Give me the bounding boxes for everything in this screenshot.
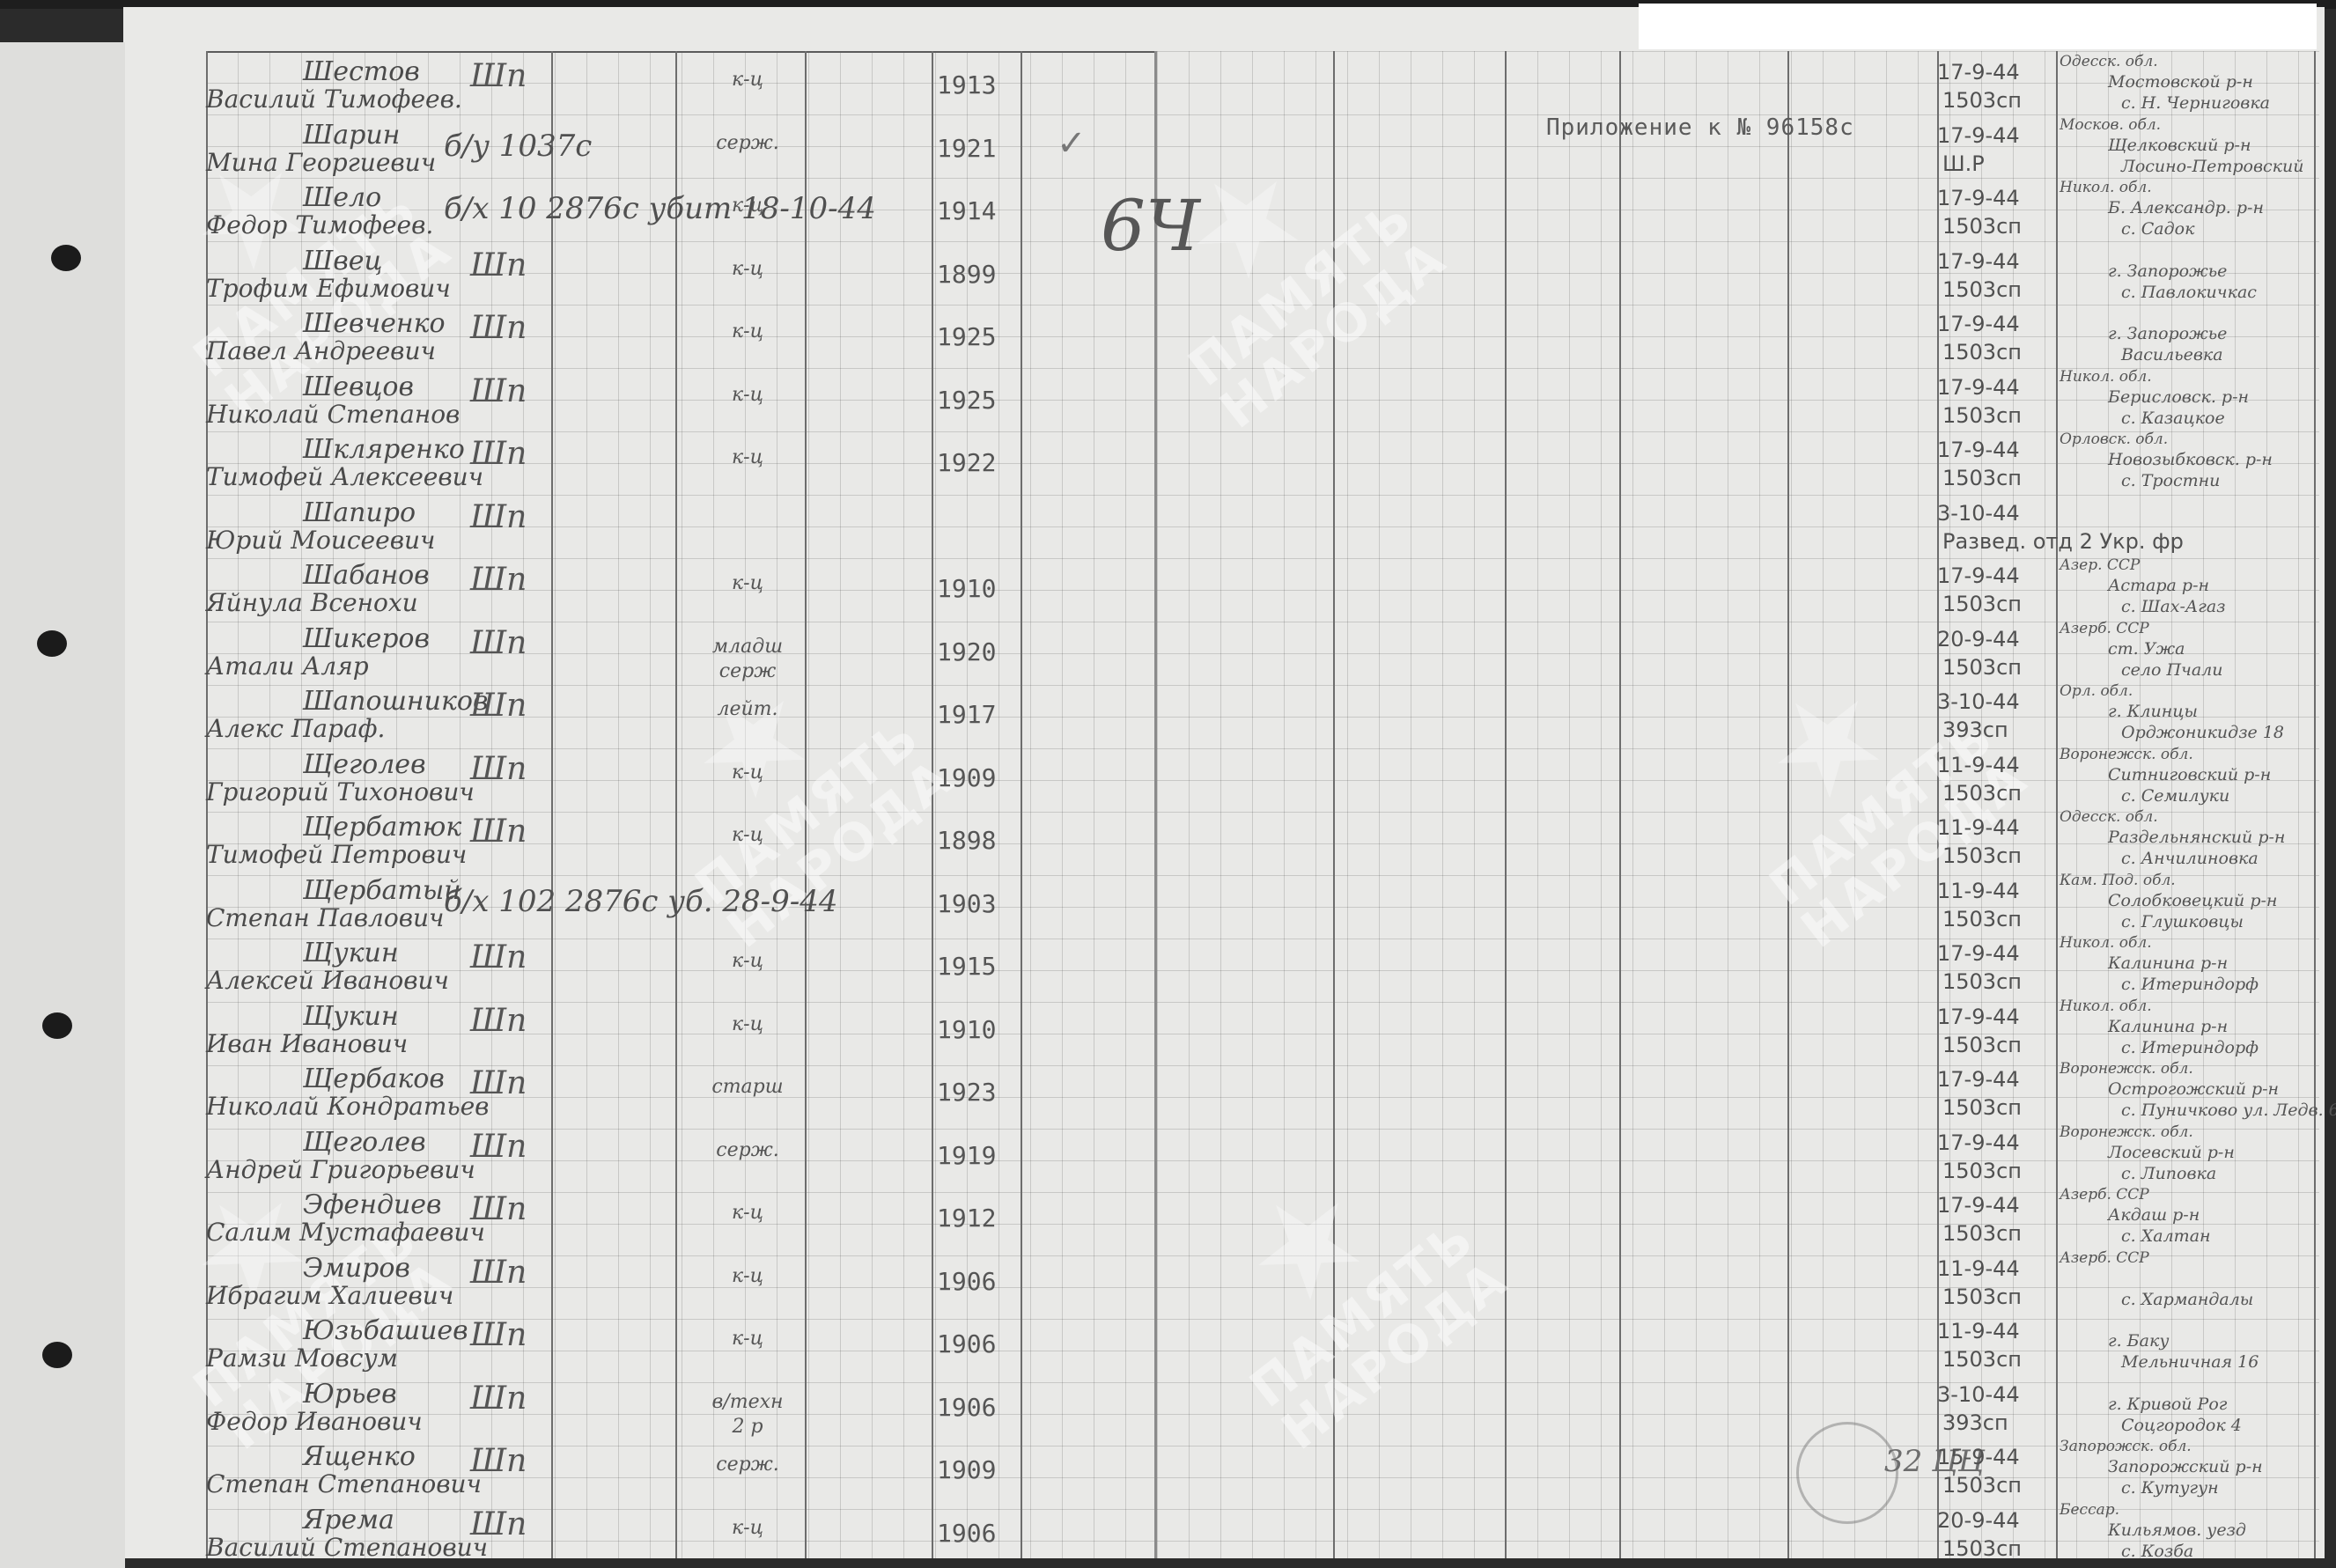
signature: Шп bbox=[470, 939, 527, 975]
given-name: Алекс Параф. bbox=[206, 714, 385, 743]
surname: Шапиро bbox=[303, 497, 416, 528]
address-district: ст. Ужа bbox=[2108, 639, 2185, 659]
given-name: Тимофей Петрович bbox=[206, 840, 467, 869]
table-row: Шестов Василий Тимофеев. Шп к-ц 1913 17-… bbox=[206, 53, 2319, 116]
arrival-date: 17-9-44 bbox=[1937, 123, 2020, 148]
birth-year: 1909 bbox=[937, 1455, 996, 1484]
given-name: Тимофей Алексеевич bbox=[206, 462, 483, 491]
birth-year: 1922 bbox=[937, 448, 996, 477]
rank: к-ц bbox=[699, 195, 796, 217]
table-row: Шикеров Атали Аляр Шп младш серж 1920 20… bbox=[206, 620, 2319, 683]
address-locality: с. Тростни bbox=[2121, 471, 2220, 490]
surname: Юзьбашиев bbox=[303, 1315, 468, 1346]
surname: Шевченко bbox=[303, 308, 446, 339]
signature: Шп bbox=[470, 1506, 527, 1542]
birth-year: 1920 bbox=[937, 637, 996, 666]
given-name: Федор Иванович bbox=[206, 1407, 423, 1436]
rank: младш bbox=[699, 636, 796, 658]
address-district: г. Запорожье bbox=[2108, 324, 2227, 343]
address-locality: Мельничная 16 bbox=[2121, 1352, 2259, 1372]
address-locality: с. Итериндорф bbox=[2121, 1038, 2259, 1057]
unit: 393сп bbox=[1942, 1410, 2008, 1435]
unit: 1503сп bbox=[1942, 592, 2022, 616]
address-district: Солобковецкий р-н bbox=[2108, 891, 2277, 910]
arrival-date: 17-9-44 bbox=[1937, 60, 2020, 85]
unit: Ш.Р bbox=[1942, 151, 1985, 176]
given-name: Мина Георгиевич bbox=[206, 148, 436, 177]
rank: к-ц bbox=[699, 1517, 796, 1539]
rank: к-ц bbox=[699, 446, 796, 468]
table-row: Щукин Иван Иванович Шп к-ц 1910 17-9-44 … bbox=[206, 997, 2319, 1061]
table-row: Щеголев Андрей Григорьевич Шп серж. 1919… bbox=[206, 1123, 2319, 1187]
given-name: Павел Андреевич bbox=[206, 336, 436, 365]
birth-year: 1923 bbox=[937, 1078, 996, 1107]
surname: Щербатый bbox=[303, 875, 461, 906]
punch-hole bbox=[42, 1342, 72, 1368]
address-region: Никол. обл. bbox=[2060, 934, 2152, 952]
arrival-date: 3-10-44 bbox=[1937, 501, 2020, 526]
rank: серж. bbox=[699, 1454, 796, 1476]
address-locality: с. Пуничково ул. Ледв. 62 bbox=[2121, 1101, 2336, 1120]
arrival-date: 11-9-44 bbox=[1937, 1319, 2020, 1343]
table-row: Юрьев Федор Иванович Шп в/техн 2 р 1906 … bbox=[206, 1375, 2319, 1439]
table-row: Эфендиев Салим Мустафаевич Шп к-ц 1912 1… bbox=[206, 1186, 2319, 1249]
given-name: Юрий Моисеевич bbox=[206, 526, 435, 555]
address-region: Никол. обл. bbox=[2060, 179, 2152, 196]
signature: Шп bbox=[470, 562, 527, 598]
given-name: Атали Аляр bbox=[206, 651, 369, 681]
rank: к-ц bbox=[699, 384, 796, 406]
given-name: Алексей Иванович bbox=[206, 966, 449, 995]
unit: 393сп bbox=[1942, 718, 2008, 742]
unit: 1503сп bbox=[1942, 277, 2022, 302]
given-name: Федор Тимофеев. bbox=[206, 210, 433, 239]
surname: Ященко bbox=[303, 1441, 416, 1472]
arrival-date: 17-9-44 bbox=[1937, 249, 2020, 274]
rank: лейт. bbox=[699, 698, 796, 720]
given-name: Николай Степанов bbox=[206, 400, 460, 429]
given-name: Яйнула Всенохи bbox=[206, 588, 418, 617]
address-locality: село Пчали bbox=[2121, 660, 2223, 680]
birth-year: 1906 bbox=[937, 1267, 996, 1296]
address-district: Акдаш р-н bbox=[2108, 1205, 2200, 1225]
given-name: Степан Павлович bbox=[206, 903, 444, 932]
signature: Шп bbox=[470, 688, 527, 724]
rank: к-ц bbox=[699, 824, 796, 846]
arrival-date: 11-9-44 bbox=[1937, 815, 2020, 840]
rank: серж. bbox=[699, 1139, 796, 1161]
address-region: Орловск. обл. bbox=[2060, 431, 2168, 448]
arrival-date: 17-9-44 bbox=[1937, 375, 2020, 400]
address-locality: с. Хармандалы bbox=[2121, 1290, 2253, 1309]
birth-year: 1903 bbox=[937, 889, 996, 918]
surname: Щукин bbox=[303, 1001, 399, 1032]
table-row: Шарин Мина Георгиевич б/у 1037с серж. 19… bbox=[206, 116, 2319, 180]
given-name: Андрей Григорьевич bbox=[206, 1155, 475, 1184]
address-district: Кильямов. уезд bbox=[2108, 1520, 2246, 1540]
unit: 1503сп bbox=[1942, 403, 2022, 428]
signature: Шп bbox=[470, 1129, 527, 1165]
table-row: Юзьбашиев Рамзи Мовсум Шп к-ц 1906 11-9-… bbox=[206, 1312, 2319, 1375]
address-district: Раздельнянский р-н bbox=[2108, 828, 2285, 847]
address-locality: с. Липовка bbox=[2121, 1164, 2216, 1183]
rank: к-ц bbox=[699, 1328, 796, 1350]
arrival-date: 20-9-44 bbox=[1937, 627, 2020, 651]
surname: Эмиров bbox=[303, 1253, 410, 1284]
signature: Шп bbox=[470, 1191, 527, 1227]
punch-hole bbox=[51, 245, 81, 271]
surname: Щербатюк bbox=[303, 812, 461, 843]
annotation: б/у 1037с bbox=[444, 129, 592, 164]
address-district: Новозыбковск. р-н bbox=[2108, 450, 2273, 469]
table-row: Шевцов Николай Степанов Шп к-ц 1925 17-9… bbox=[206, 368, 2319, 431]
address-district: Щелковский р-н bbox=[2108, 136, 2251, 155]
given-name: Трофим Ефимович bbox=[206, 274, 451, 303]
unit: 1503сп bbox=[1942, 1033, 2022, 1057]
rank: к-ц bbox=[699, 320, 796, 342]
address-locality: с. Садок bbox=[2121, 219, 2194, 239]
arrival-date: 17-9-44 bbox=[1937, 312, 2020, 336]
unit: 1503сп bbox=[1942, 88, 2022, 113]
address-district: Берисловск. р-н bbox=[2108, 387, 2249, 407]
table-row: Ященко Степан Степанович Шп серж. 1909 1… bbox=[206, 1438, 2319, 1501]
birth-year: 1915 bbox=[937, 952, 996, 981]
rank: к-ц bbox=[699, 258, 796, 280]
surname: Юрьев bbox=[303, 1379, 397, 1410]
annotation: б/х 102 2876с уб. 28-9-44 bbox=[444, 884, 838, 919]
paper-left-margin bbox=[0, 42, 125, 1568]
given-name: Василий Степанович bbox=[206, 1533, 488, 1562]
surname: Шапошников bbox=[303, 686, 488, 717]
address-locality: с. Анчилиновка bbox=[2121, 849, 2259, 868]
unit: 1503сп bbox=[1942, 655, 2022, 680]
signature: Шп bbox=[470, 1317, 527, 1353]
arrival-date: 17-9-44 bbox=[1937, 438, 2020, 462]
rank-line2: серж bbox=[699, 660, 796, 682]
table-row: Щукин Алексей Иванович Шп к-ц 1915 17-9-… bbox=[206, 934, 2319, 997]
address-region: Орл. обл. bbox=[2060, 682, 2133, 700]
address-locality: с. Козба bbox=[2121, 1542, 2193, 1561]
address-locality: с. Кутугун bbox=[2121, 1478, 2219, 1498]
birth-year: 1910 bbox=[937, 574, 996, 603]
rank: старш bbox=[699, 1076, 796, 1098]
address-locality: с. Казацкое bbox=[2121, 409, 2225, 428]
unit: 1503сп bbox=[1942, 969, 2022, 994]
rank: к-ц bbox=[699, 1013, 796, 1035]
address-district: Калинина р-н bbox=[2108, 1017, 2228, 1036]
rank: к-ц bbox=[699, 1265, 796, 1287]
unit: 1503сп bbox=[1942, 340, 2022, 364]
surname: Шабанов bbox=[303, 560, 430, 591]
unit: 1503сп bbox=[1942, 907, 2022, 931]
annotation: б/х 10 2876с убит 18-10-44 bbox=[444, 191, 876, 226]
birth-year: 1919 bbox=[937, 1141, 996, 1170]
signature: Шп bbox=[470, 499, 527, 535]
arrival-date: 17-9-44 bbox=[1937, 941, 2020, 966]
given-name: Иван Иванович bbox=[206, 1029, 408, 1058]
surname: Швец bbox=[303, 246, 382, 276]
unit: 1503сп bbox=[1942, 1221, 2022, 1246]
arrival-date: 17-9-44 bbox=[1937, 1130, 2020, 1155]
unit: 1503сп bbox=[1942, 466, 2022, 490]
surname: Шело bbox=[303, 182, 381, 213]
surname: Ярема bbox=[303, 1505, 394, 1535]
signature: Шп bbox=[470, 1003, 527, 1039]
unit: 1503сп bbox=[1942, 1473, 2022, 1498]
arrival-date: 3-10-44 bbox=[1937, 1382, 2020, 1407]
birth-year: 1917 bbox=[937, 700, 996, 729]
unit: 1503сп bbox=[1942, 1347, 2022, 1372]
arrival-date: 15-9-44 bbox=[1937, 1445, 2020, 1469]
table-row: Щеголев Григорий Тихонович Шп к-ц 1909 1… bbox=[206, 746, 2319, 809]
birth-year: 1906 bbox=[937, 1519, 996, 1548]
arrival-date: 11-9-44 bbox=[1937, 753, 2020, 777]
address-locality: Орджоникидзе 18 bbox=[2121, 723, 2284, 742]
address-district: Калинина р-н bbox=[2108, 953, 2228, 973]
signature: Шп bbox=[470, 751, 527, 787]
address-district: г. Запорожье bbox=[2108, 261, 2227, 281]
rank: серж. bbox=[699, 132, 796, 154]
signature: Шп bbox=[470, 813, 527, 850]
address-region: Бессар. bbox=[2060, 1501, 2119, 1519]
unit: 1503сп bbox=[1942, 1159, 2022, 1183]
surname: Шарин bbox=[303, 120, 400, 151]
signature: Шп bbox=[470, 1255, 527, 1291]
birth-year: 1925 bbox=[937, 322, 996, 351]
table-row: Щербатюк Тимофей Петрович Шп к-ц 1898 11… bbox=[206, 808, 2319, 872]
birth-year: 1913 bbox=[937, 70, 996, 99]
address-region: Москов. обл. bbox=[2060, 116, 2161, 134]
table-row: Щербаков Николай Кондратьев Шп старш 192… bbox=[206, 1060, 2319, 1123]
rank: к-ц bbox=[699, 1202, 796, 1224]
signature: Шп bbox=[470, 58, 527, 94]
address-locality: Лосино-Петровский bbox=[2121, 157, 2304, 176]
address-locality: с. Н. Черниговка bbox=[2121, 93, 2270, 113]
surname: Шевцов bbox=[303, 372, 414, 402]
address-district: г. Кривой Рог bbox=[2108, 1395, 2227, 1414]
birth-year: 1910 bbox=[937, 1015, 996, 1044]
address-region: Азер. ССР bbox=[2060, 556, 2140, 574]
rank: к-ц bbox=[699, 572, 796, 594]
arrival-date: 17-9-44 bbox=[1937, 1005, 2020, 1029]
rank-line2: 2 р bbox=[699, 1416, 796, 1438]
given-name: Ибрагим Халиевич bbox=[206, 1281, 453, 1310]
surname: Щеголев bbox=[303, 749, 426, 780]
unit: 1503сп bbox=[1942, 781, 2022, 806]
table-row: Эмиров Ибрагим Халиевич Шп к-ц 1906 11-9… bbox=[206, 1249, 2319, 1313]
address-district: Б. Александр. р-н bbox=[2108, 198, 2264, 217]
address-region: Воронежск. обл. bbox=[2060, 1060, 2193, 1078]
signature: Шп bbox=[470, 1443, 527, 1479]
address-district: Астара р-н bbox=[2108, 576, 2209, 595]
unit: 1503сп bbox=[1942, 1285, 2022, 1309]
arrival-date: 17-9-44 bbox=[1937, 186, 2020, 210]
arrival-date: 20-9-44 bbox=[1937, 1508, 2020, 1533]
surname: Щербаков bbox=[303, 1064, 445, 1094]
signature: Шп bbox=[470, 436, 527, 472]
unit: 1503сп bbox=[1942, 1095, 2022, 1120]
address-district: Ситниговский р-н bbox=[2108, 765, 2271, 784]
signature: Шп bbox=[470, 1380, 527, 1417]
surname: Шикеров bbox=[303, 623, 430, 654]
address-district: Острогожский р-н bbox=[2108, 1079, 2279, 1099]
rank: в/техн bbox=[699, 1391, 796, 1413]
birth-year: 1925 bbox=[937, 386, 996, 415]
arrival-date: 17-9-44 bbox=[1937, 1193, 2020, 1218]
table-row: Шапошников Алекс Параф. Шп лейт. 1917 3-… bbox=[206, 682, 2319, 746]
birth-year: 1912 bbox=[937, 1204, 996, 1233]
signature: Шп bbox=[470, 1065, 527, 1101]
birth-year: 1906 bbox=[937, 1393, 996, 1422]
address-locality: с. Шах-Агаз bbox=[2121, 597, 2226, 616]
address-district: Запорожский р-н bbox=[2108, 1457, 2263, 1476]
address-district: г. Клинцы bbox=[2108, 702, 2198, 721]
birth-year: 1898 bbox=[937, 826, 996, 855]
arrival-date: 17-9-44 bbox=[1937, 563, 2020, 588]
signature: Шп bbox=[470, 625, 527, 661]
rank: к-ц bbox=[699, 950, 796, 972]
address-locality: с. Павлокичкас bbox=[2121, 283, 2257, 302]
address-locality: с. Халтан bbox=[2121, 1226, 2211, 1246]
arrival-date: 17-9-44 bbox=[1937, 1067, 2020, 1092]
given-name: Григорий Тихонович bbox=[206, 777, 475, 806]
table-row: Шкляренко Тимофей Алексеевич Шп к-ц 1922… bbox=[206, 431, 2319, 494]
given-name: Рамзи Мовсум bbox=[206, 1343, 398, 1373]
rank: к-ц bbox=[699, 762, 796, 784]
surname: Шестов bbox=[303, 56, 420, 87]
unit: 1503сп bbox=[1942, 843, 2022, 868]
birth-year: 1909 bbox=[937, 763, 996, 792]
given-name: Николай Кондратьев bbox=[206, 1092, 489, 1121]
punch-hole bbox=[37, 630, 67, 657]
address-region: Кам. Под. обл. bbox=[2060, 872, 2176, 889]
address-region: Воронежск. обл. bbox=[2060, 746, 2193, 763]
address-region: Одесск. обл. bbox=[2060, 53, 2158, 70]
address-region: Никол. обл. bbox=[2060, 368, 2152, 386]
table-row: Шабанов Яйнула Всенохи Шп к-ц 1910 17-9-… bbox=[206, 556, 2319, 620]
given-name: Степан Степанович bbox=[206, 1469, 482, 1498]
address-region: Запорожск. обл. bbox=[2060, 1438, 2192, 1455]
table-row: Швец Трофим Ефимович Шп к-ц 1899 17-9-44… bbox=[206, 242, 2319, 306]
given-name: Салим Мустафаевич bbox=[206, 1218, 485, 1247]
address-region: Одесск. обл. bbox=[2060, 808, 2158, 826]
surname: Шкляренко bbox=[303, 434, 465, 465]
address-region: Никол. обл. bbox=[2060, 997, 2152, 1015]
table-row: Шапиро Юрий Моисеевич Шп 3-10-44 Развед.… bbox=[206, 494, 2319, 557]
address-district: Лосевский р-н bbox=[2108, 1143, 2235, 1162]
table-row: Шевченко Павел Андреевич Шп к-ц 1925 17-… bbox=[206, 305, 2319, 368]
rank: к-ц bbox=[699, 69, 796, 91]
given-name: Василий Тимофеев. bbox=[206, 85, 462, 114]
address-locality: Васильевка bbox=[2121, 345, 2223, 364]
address-region: Азерб. ССР bbox=[2060, 620, 2149, 637]
birth-year: 1906 bbox=[937, 1329, 996, 1358]
unit: Развед. отд 2 Укр. фр bbox=[1942, 529, 2184, 554]
table-row: Шело Федор Тимофеев. б/х 10 2876с убит 1… bbox=[206, 179, 2319, 242]
address-district: Мостовской р-н bbox=[2108, 72, 2253, 92]
address-locality: с. Семилуки bbox=[2121, 786, 2229, 806]
arrival-date: 11-9-44 bbox=[1937, 1256, 2020, 1281]
surname: Щеголев bbox=[303, 1127, 426, 1158]
birth-year: 1914 bbox=[937, 196, 996, 225]
address-region: Азерб. ССР bbox=[2060, 1186, 2149, 1204]
address-locality: с. Глушковцы bbox=[2121, 912, 2244, 931]
surname: Щукин bbox=[303, 938, 399, 968]
unit: 1503сп bbox=[1942, 214, 2022, 239]
signature: Шп bbox=[470, 373, 527, 409]
signature: Шп bbox=[470, 247, 527, 283]
personnel-list: Шестов Василий Тимофеев. Шп к-ц 1913 17-… bbox=[206, 53, 2319, 1564]
table-row: Ярема Василий Степанович Шп к-ц 1906 20-… bbox=[206, 1501, 2319, 1564]
address-region: Азерб. ССР bbox=[2060, 1249, 2149, 1267]
address-district: г. Баку bbox=[2108, 1331, 2169, 1351]
birth-year: 1921 bbox=[937, 134, 996, 163]
arrival-date: 3-10-44 bbox=[1937, 689, 2020, 714]
unit: 1503сп bbox=[1942, 1536, 2022, 1561]
address-region: Воронежск. обл. bbox=[2060, 1123, 2193, 1141]
address-locality: с. Итериндорф bbox=[2121, 975, 2259, 994]
punch-hole bbox=[42, 1012, 72, 1039]
table-row: Щербатый Степан Павлович б/х 102 2876с у… bbox=[206, 872, 2319, 935]
arrival-date: 11-9-44 bbox=[1937, 879, 2020, 903]
signature: Шп bbox=[470, 310, 527, 346]
address-locality: Соцгородок 4 bbox=[2121, 1416, 2242, 1435]
redacted-area bbox=[1639, 4, 2317, 49]
birth-year: 1899 bbox=[937, 260, 996, 289]
surname: Эфендиев bbox=[303, 1189, 442, 1220]
